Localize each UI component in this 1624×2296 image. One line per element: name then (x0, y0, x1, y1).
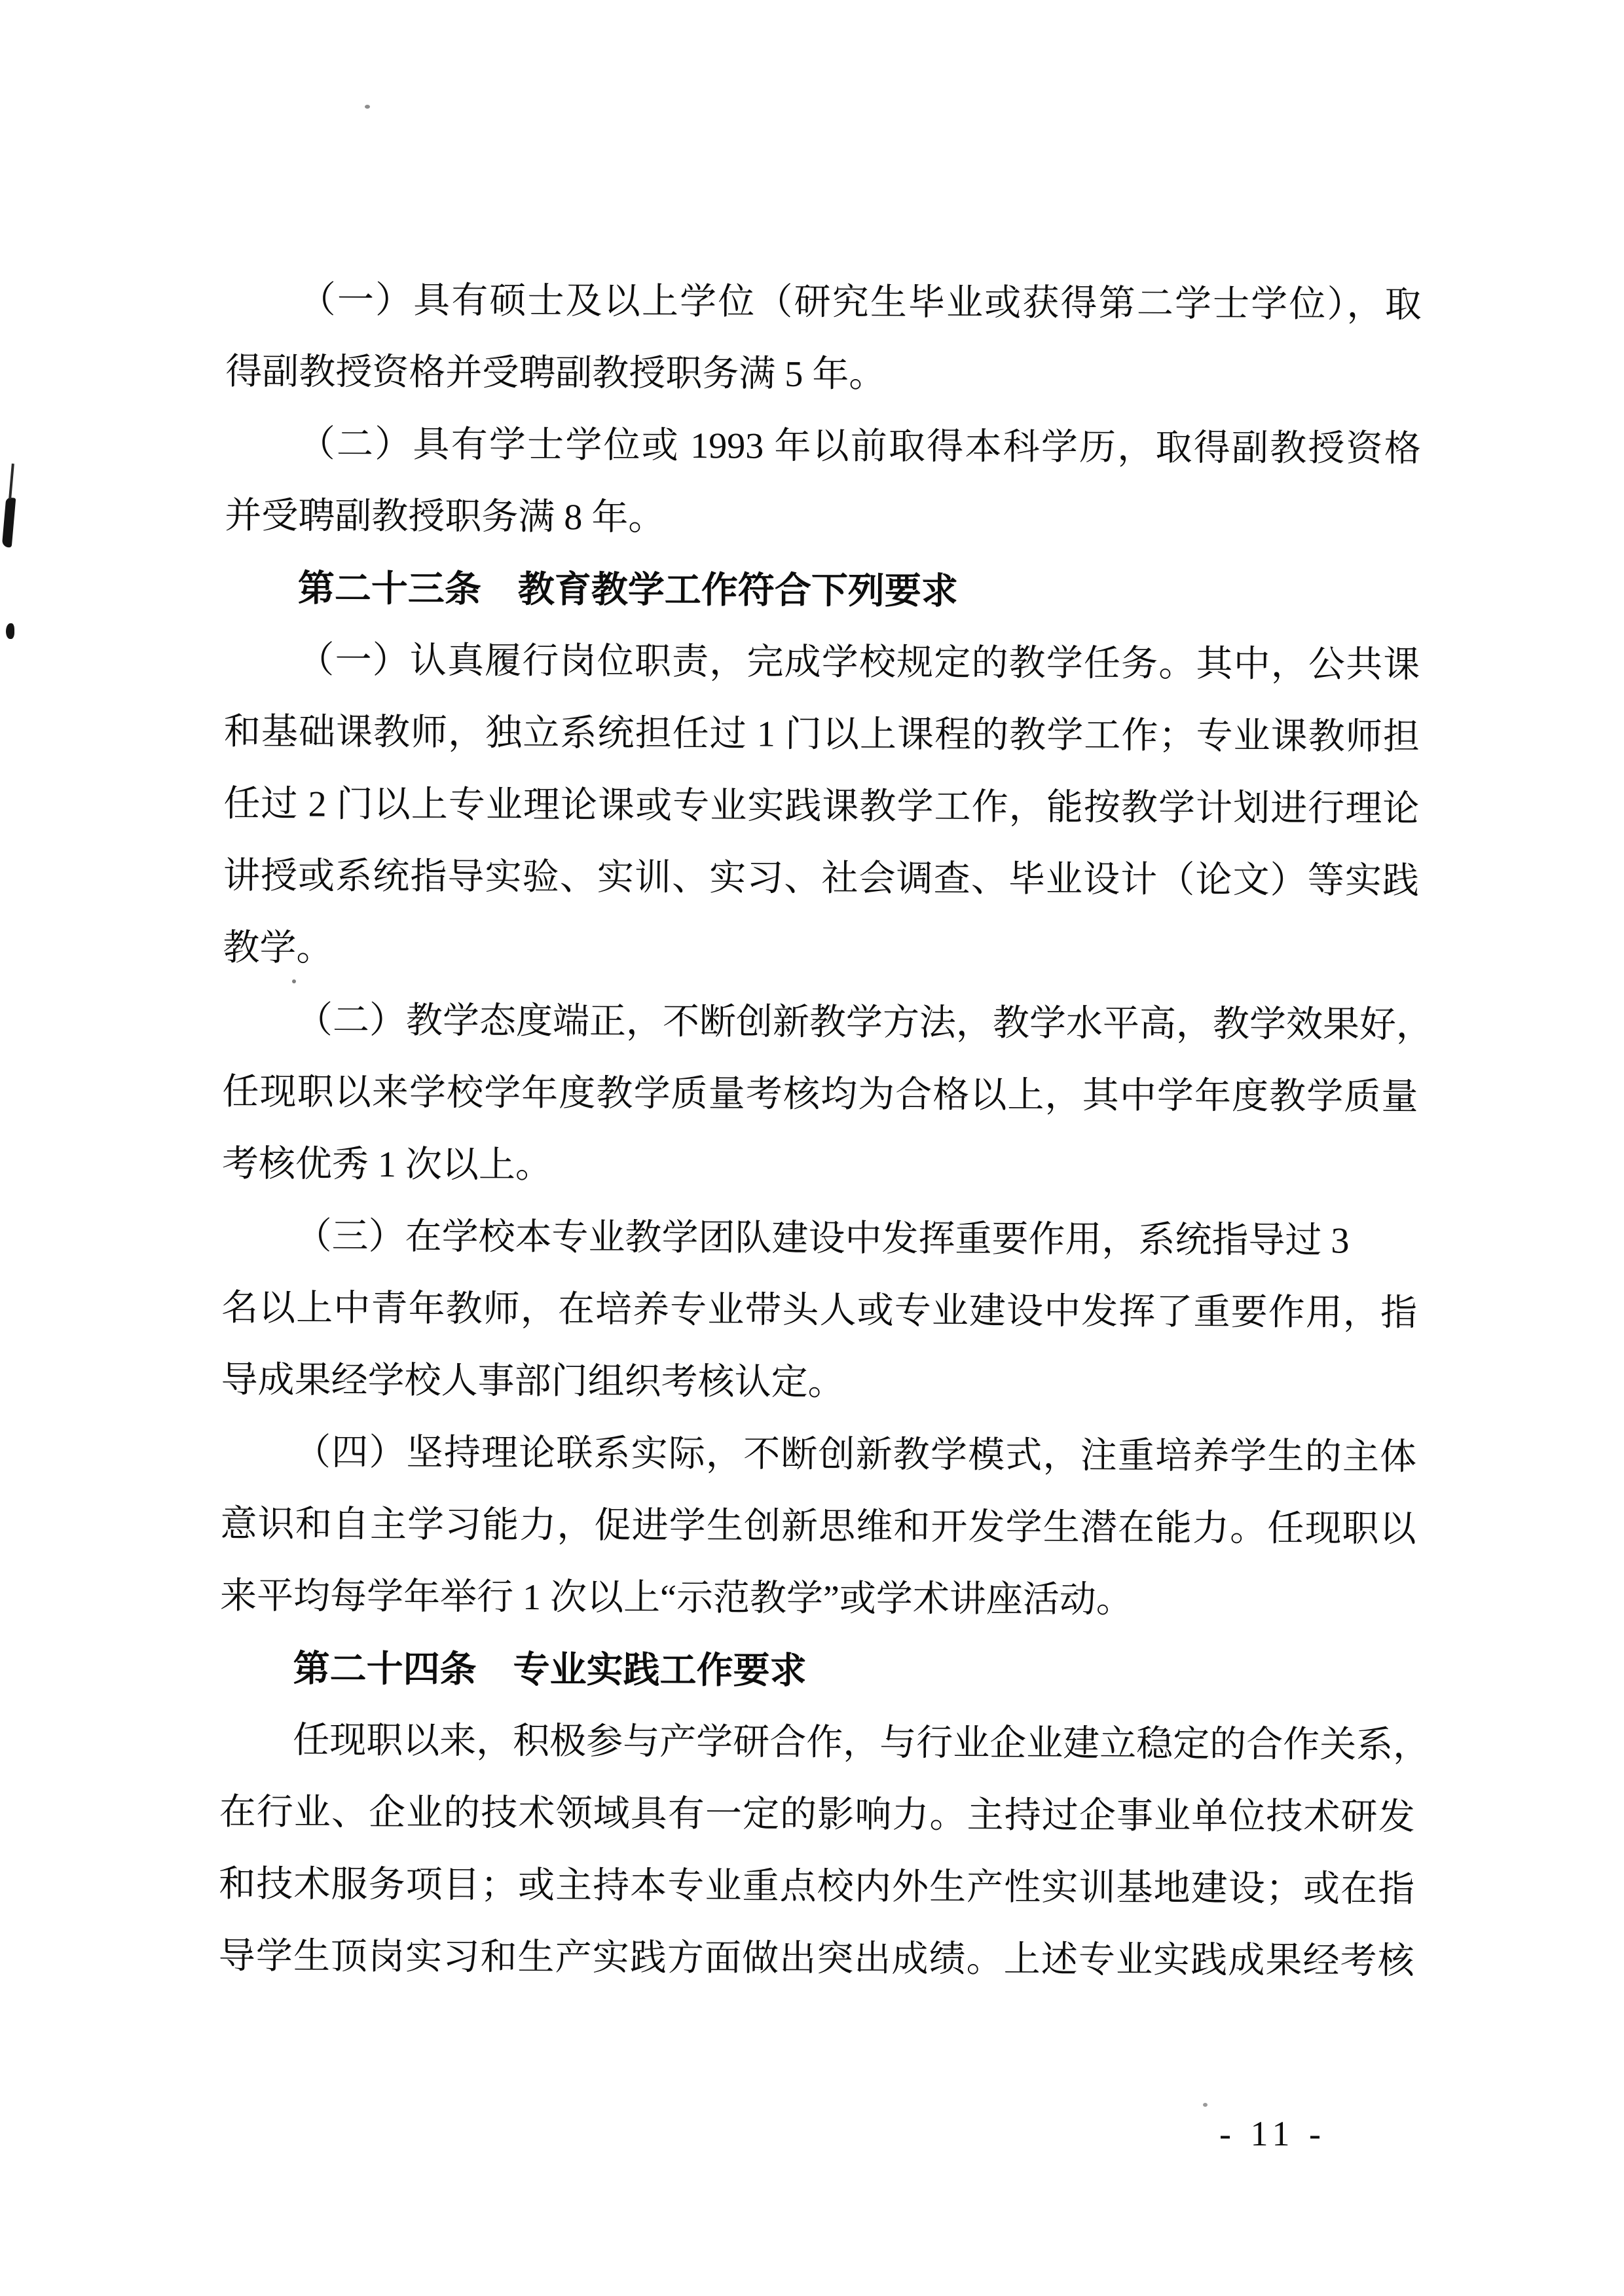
text-line: （一）具有硕士及以上学位（研究生毕业或获得第二学士学位），取 (226, 264, 1422, 341)
text-line: 和基础课教师，独立系统担任过 1 门以上课程的教学工作；专业课教师担 (224, 696, 1420, 773)
text-line: 考核优秀 1 次以上。 (222, 1128, 1418, 1205)
text-line: 在行业、企业的技术领域具有一定的影响力。主持过企事业单位技术研发 (219, 1776, 1414, 1853)
text-line: （二）具有学士学位或 1993 年以前取得本科学历，取得副教授资格 (225, 408, 1421, 485)
text-line: （二）教学态度端正，不断创新教学方法，教学水平高，教学效果好， (223, 984, 1418, 1061)
scan-artifact-ink-dot (6, 623, 14, 639)
text-line: 导成果经学校人事部门组织考核认定。 (221, 1344, 1416, 1421)
document-page: （一）具有硕士及以上学位（研究生毕业或获得第二学士学位），取 得副教授资格并受聘… (0, 0, 1624, 2296)
text-line: （一）认真履行岗位职责，完成学校规定的教学任务。其中，公共课 (224, 624, 1420, 701)
scan-artifact-speck (365, 105, 370, 109)
article-heading-24: 第二十四条 专业实践工作要求 (219, 1632, 1415, 1709)
document-body: （一）具有硕士及以上学位（研究生毕业或获得第二学士学位），取 得副教授资格并受聘… (218, 264, 1422, 1997)
text-line: 来平均每学年举行 1 次以上“示范教学”或学术讲座活动。 (220, 1560, 1416, 1637)
text-line: 导学生顶岗实习和生产实践方面做出突出成绩。上述专业实践成果经考核 (218, 1920, 1414, 1997)
text-line: 并受聘副教授职务满 8 年。 (225, 480, 1420, 557)
text-line: 教学。 (223, 912, 1418, 989)
text-line: 任现职以来，积极参与产学研合作，与行业企业建立稳定的合作关系， (219, 1704, 1415, 1781)
text-line: （三）在学校本专业教学团队建设中发挥重要作用，系统指导过 3 (221, 1200, 1417, 1277)
text-line: 讲授或系统指导实验、实训、实习、社会调查、毕业设计（论文）等实践 (223, 840, 1419, 917)
page-number: - 11 - (1219, 2113, 1326, 2154)
text-line: 任现职以来学校学年度教学质量考核均为合格以上，其中学年度教学质量 (222, 1056, 1418, 1133)
text-line: 意识和自主学习能力，促进学生创新思维和开发学生潜在能力。任现职以 (220, 1488, 1416, 1565)
text-line: （四）坚持理论联系实际，不断创新教学模式，注重培养学生的主体 (221, 1416, 1416, 1493)
text-line: 得副教授资格并受聘副教授职务满 5 年。 (225, 336, 1421, 413)
scan-artifact-speck (1203, 2103, 1208, 2107)
text-line: 和技术服务项目；或主持本专业重点校内外生产性实训基地建设；或在指 (219, 1848, 1414, 1925)
scan-artifact-ink-blot (2, 497, 16, 547)
text-line: 名以上中青年教师，在培养专业带头人或专业建设中发挥了重要作用，指 (221, 1272, 1417, 1349)
text-line: 任过 2 门以上专业理论课或专业实践课教学工作，能按教学计划进行理论 (223, 768, 1419, 845)
article-heading-23: 第二十三条 教育教学工作符合下列要求 (225, 552, 1420, 629)
